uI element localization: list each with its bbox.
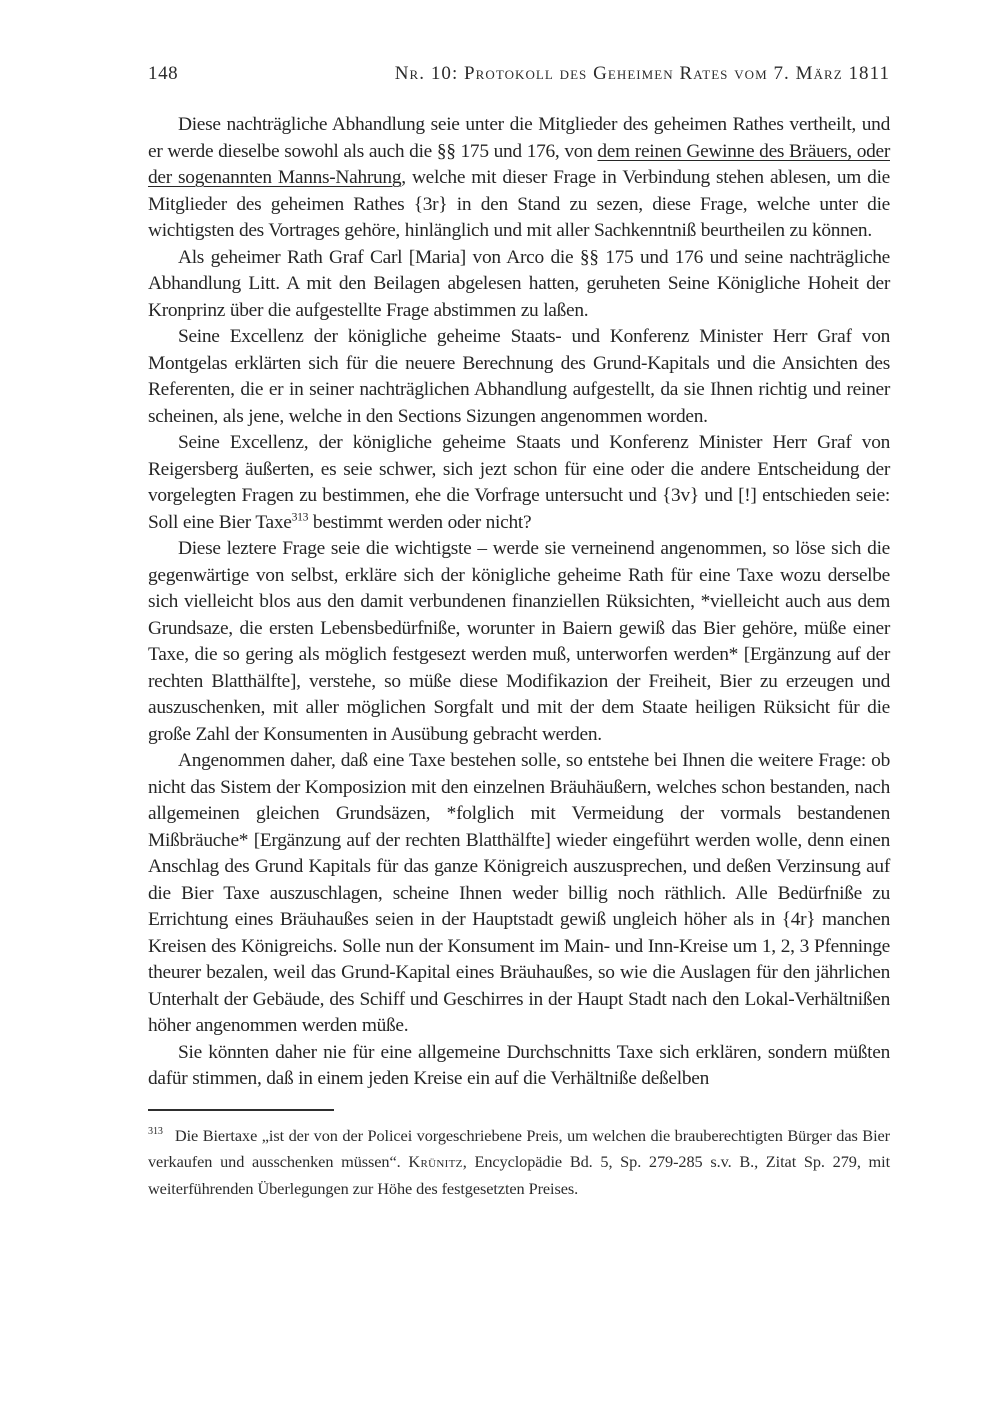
footnote-author: Krünitz <box>408 1152 462 1171</box>
paragraph-7: Sie könnten daher nie für eine allgemein… <box>148 1040 890 1093</box>
footnote-rule <box>148 1109 334 1111</box>
footnote: 313Die Biertaxe „ist der von der Policei… <box>148 1123 890 1203</box>
text-segment: bestimmt werden oder nicht? <box>308 512 531 533</box>
paragraph-1: Diese nachträgliche Abhandlung seie unte… <box>148 112 890 245</box>
text-segment: Sie könnten daher nie für eine allgemein… <box>148 1042 890 1090</box>
page-header: 148 Nr. 10: Protokoll des Geheimen Rates… <box>148 62 890 86</box>
text-segment: Angenommen daher, daß eine Taxe bestehen… <box>148 750 890 1036</box>
paragraph-2: Als geheimer Rath Graf Carl [Maria] von … <box>148 245 890 325</box>
paragraph-5: Diese leztere Frage seie die wichtigste … <box>148 536 890 748</box>
paragraph-4: Seine Excellenz, der königliche geheime … <box>148 430 890 536</box>
body-text: Diese nachträgliche Abhandlung seie unte… <box>148 112 890 1093</box>
page-number: 148 <box>148 62 178 86</box>
paragraph-6: Angenommen daher, daß eine Taxe bestehen… <box>148 748 890 1040</box>
text-segment: Diese leztere Frage seie die wichtigste … <box>148 538 890 745</box>
footnote-marker: 313 <box>148 1126 163 1137</box>
text-segment: Als geheimer Rath Graf Carl [Maria] von … <box>148 247 890 321</box>
running-head: Nr. 10: Protokoll des Geheimen Rates vom… <box>395 62 890 86</box>
footnote-reference: 313 <box>292 510 309 523</box>
document-page: 148 Nr. 10: Protokoll des Geheimen Rates… <box>0 0 1004 1418</box>
text-segment: Seine Excellenz der königliche geheime S… <box>148 326 890 427</box>
paragraph-3: Seine Excellenz der königliche geheime S… <box>148 324 890 430</box>
